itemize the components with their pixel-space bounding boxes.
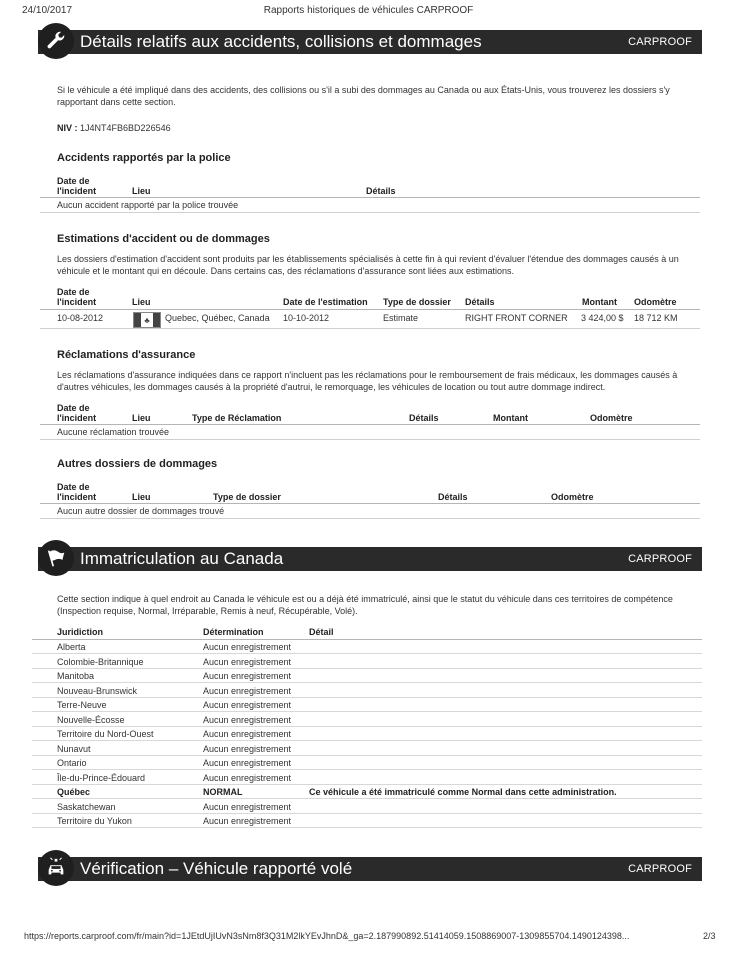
divider — [32, 827, 702, 828]
col-type-dossier: Type de dossier — [213, 492, 281, 502]
jurisdiction-determination: Aucun enregistrement — [203, 729, 291, 739]
divider — [40, 503, 700, 504]
flag-icon — [38, 540, 74, 576]
jurisdiction-row: QuébecNORMALCe véhicule a été immatricul… — [57, 785, 702, 799]
banner-title: Immatriculation au Canada — [80, 547, 283, 571]
accidents-banner: Détails relatifs aux accidents, collisio… — [38, 30, 702, 54]
police-empty: Aucun accident rapporté par la police tr… — [57, 200, 238, 210]
other-empty: Aucun autre dossier de dommages trouvé — [57, 506, 224, 516]
col-detail: Détail — [309, 627, 334, 637]
carproof-brand: CARPROOF — [628, 857, 692, 881]
jurisdiction-determination: Aucun enregistrement — [203, 744, 291, 754]
divider — [40, 197, 700, 198]
jurisdiction-row: Territoire du YukonAucun enregistrement — [57, 814, 702, 828]
estimate-date-estimation: 10-10-2012 — [283, 313, 329, 323]
jurisdiction-row: NunavutAucun enregistrement — [57, 742, 702, 756]
col-lieu: Lieu — [132, 297, 151, 307]
jurisdiction-row: Terre-NeuveAucun enregistrement — [57, 698, 702, 712]
col-details: Détails — [366, 186, 396, 196]
claims-title: Réclamations d'assurance — [57, 349, 195, 361]
divider — [40, 212, 700, 213]
jurisdiction-determination: Aucun enregistrement — [203, 715, 291, 725]
jurisdiction-determination: Aucun enregistrement — [203, 657, 291, 667]
jurisdiction-juridiction: Terre-Neuve — [57, 700, 107, 710]
col-juridiction: Juridiction — [57, 627, 103, 637]
accidents-intro: Si le véhicule a été impliqué dans des a… — [57, 84, 687, 108]
jurisdiction-juridiction: Nouvelle-Écosse — [57, 715, 125, 725]
jurisdiction-row: Colombie-BritanniqueAucun enregistrement — [57, 655, 702, 669]
divider — [40, 518, 700, 519]
jurisdiction-determination: Aucun enregistrement — [203, 642, 291, 652]
col-date-incident: Date de l'incident — [57, 482, 107, 502]
col-date-incident: Date de l'incident — [57, 176, 107, 196]
jurisdiction-juridiction: Saskatchewan — [57, 802, 116, 812]
jurisdiction-determination: Aucun enregistrement — [203, 671, 291, 681]
vin: NIV : 1J4NT4FB6BD226546 — [57, 123, 171, 133]
col-type-dossier: Type de dossier — [383, 297, 451, 307]
col-date-incident: Date de l'incident — [57, 403, 107, 423]
col-odometre: Odomètre — [590, 413, 633, 423]
jurisdiction-determination: Aucun enregistrement — [203, 802, 291, 812]
jurisdiction-juridiction: Manitoba — [57, 671, 94, 681]
col-lieu: Lieu — [132, 492, 151, 502]
col-determination: Détermination — [203, 627, 264, 637]
jurisdiction-determination: NORMAL — [203, 787, 243, 797]
col-montant: Montant — [582, 297, 617, 307]
jurisdiction-determination: Aucun enregistrement — [203, 758, 291, 768]
jurisdiction-juridiction: Nouveau-Brunswick — [57, 686, 137, 696]
jurisdiction-determination: Aucun enregistrement — [203, 686, 291, 696]
page-url[interactable]: https://reports.carproof.com/fr/main?id=… — [24, 931, 629, 941]
jurisdiction-row: Territoire du Nord-OuestAucun enregistre… — [57, 727, 702, 741]
col-odometre: Odomètre — [551, 492, 594, 502]
claims-empty: Aucune réclamation trouvée — [57, 427, 169, 437]
estimate-type: Estimate — [383, 313, 418, 323]
jurisdiction-row: Nouveau-BrunswickAucun enregistrement — [57, 684, 702, 698]
claims-description: Les réclamations d'assurance indiquées d… — [57, 369, 687, 393]
col-details: Détails — [438, 492, 468, 502]
col-type-reclamation: Type de Réclamation — [192, 413, 281, 423]
estimate-details: RIGHT FRONT CORNER — [465, 313, 568, 323]
estimate-montant: 3 424,00 $ — [581, 313, 624, 323]
col-date-estimation: Date de l'estimation — [283, 297, 368, 307]
registration-intro: Cette section indique à quel endroit au … — [57, 593, 687, 617]
estimate-lieu: Quebec, Québec, Canada — [165, 313, 270, 323]
col-lieu: Lieu — [132, 413, 151, 423]
print-title: Rapports historiques de véhicules CARPRO… — [0, 5, 737, 16]
banner-title: Détails relatifs aux accidents, collisio… — [80, 30, 482, 54]
jurisdiction-juridiction: Alberta — [57, 642, 86, 652]
divider — [40, 439, 700, 440]
jurisdiction-juridiction: Territoire du Yukon — [57, 816, 132, 826]
jurisdiction-determination: Aucun enregistrement — [203, 773, 291, 783]
jurisdiction-row: ManitobaAucun enregistrement — [57, 669, 702, 683]
wrench-icon — [38, 23, 74, 59]
estimate-odometre: 18 712 KM — [634, 313, 678, 323]
jurisdiction-determination: Aucun enregistrement — [203, 816, 291, 826]
vin-value: 1J4NT4FB6BD226546 — [80, 123, 171, 133]
stolen-banner: Vérification – Véhicule rapporté volé CA… — [38, 857, 702, 881]
estimates-description: Les dossiers d'estimation d'accident son… — [57, 253, 687, 277]
col-lieu: Lieu — [132, 186, 151, 196]
banner-title: Vérification – Véhicule rapporté volé — [80, 857, 352, 881]
col-date-incident: Date de l'incident — [57, 287, 107, 307]
other-title: Autres dossiers de dommages — [57, 458, 217, 470]
jurisdiction-row: SaskatchewanAucun enregistrement — [57, 800, 702, 814]
estimate-date-incident: 10-08-2012 — [57, 313, 103, 323]
police-car-icon — [38, 850, 74, 886]
estimates-title: Estimations d'accident ou de dommages — [57, 233, 270, 245]
divider — [40, 424, 700, 425]
jurisdiction-juridiction: Nunavut — [57, 744, 91, 754]
canada-flag-icon: ♣ — [133, 312, 161, 328]
col-details: Détails — [409, 413, 439, 423]
col-details: Détails — [465, 297, 495, 307]
jurisdiction-row: Île-du-Prince-ÉdouardAucun enregistremen… — [57, 771, 702, 785]
jurisdiction-juridiction: Territoire du Nord-Ouest — [57, 729, 154, 739]
vin-label: NIV : — [57, 123, 78, 133]
police-title: Accidents rapportés par la police — [57, 152, 231, 164]
jurisdiction-row: OntarioAucun enregistrement — [57, 756, 702, 770]
carproof-brand: CARPROOF — [628, 30, 692, 54]
jurisdiction-juridiction: Québec — [57, 787, 90, 797]
registration-banner: Immatriculation au Canada CARPROOF — [38, 547, 702, 571]
page-number: 2/3 — [703, 931, 716, 941]
col-montant: Montant — [493, 413, 528, 423]
jurisdiction-detail: Ce véhicule a été immatriculé comme Norm… — [309, 787, 617, 797]
divider — [40, 328, 700, 329]
jurisdiction-row: AlbertaAucun enregistrement — [57, 640, 702, 654]
jurisdiction-juridiction: Colombie-Britannique — [57, 657, 144, 667]
divider — [40, 309, 700, 310]
carproof-brand: CARPROOF — [628, 547, 692, 571]
col-odometre: Odomètre — [634, 297, 677, 307]
jurisdiction-determination: Aucun enregistrement — [203, 700, 291, 710]
jurisdiction-row: Nouvelle-ÉcosseAucun enregistrement — [57, 713, 702, 727]
jurisdiction-juridiction: Île-du-Prince-Édouard — [57, 773, 145, 783]
jurisdiction-juridiction: Ontario — [57, 758, 87, 768]
